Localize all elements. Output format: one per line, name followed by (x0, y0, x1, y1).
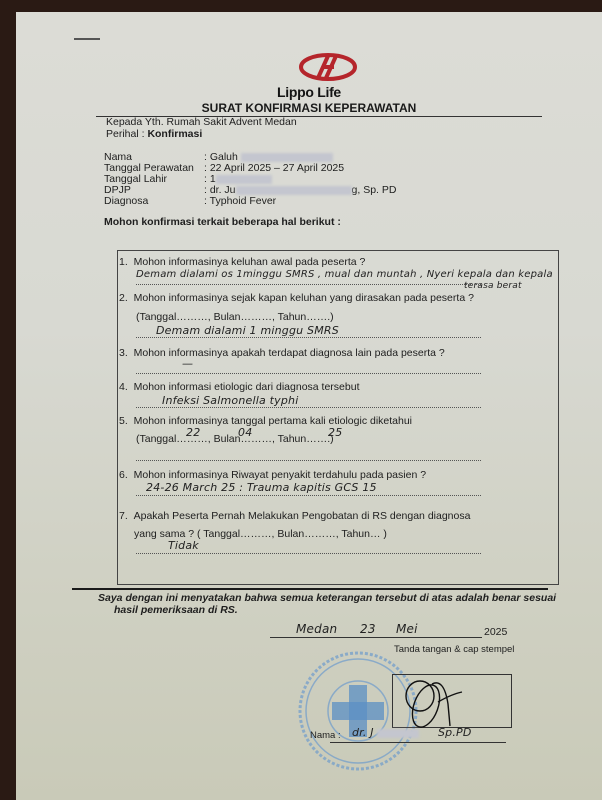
question-3: 3. Mohon informasinya apakah terdapat di… (119, 347, 445, 359)
question-1: 1. Mohon informasinya keluhan awal pada … (119, 256, 365, 268)
subject-label: Perihal : (106, 128, 147, 140)
name-suffix: Sp.PD (438, 726, 472, 739)
answer-line (136, 283, 481, 285)
intro-text: Mohon konfirmasi terkait beberapa hal be… (104, 216, 341, 228)
q-text: Mohon informasinya Riwayat penyakit terd… (134, 469, 426, 481)
subject: Perihal : Konfirmasi (106, 128, 202, 140)
question-4: 4. Mohon informasi etiologic dari diagno… (119, 381, 360, 393)
q-num: 7. (119, 510, 128, 522)
name-value: dr. J (352, 726, 419, 739)
answer-line (136, 372, 481, 374)
answer-line (136, 406, 481, 408)
q-num: 3. (119, 347, 128, 359)
name-label: Nama : (310, 730, 341, 741)
q-num: 6. (119, 469, 128, 481)
sign-place: Medan (296, 622, 337, 636)
signature-scribble-icon (396, 674, 476, 734)
redacted-block (236, 186, 352, 195)
answer-7: Tidak (168, 539, 199, 552)
question-2: 2. Mohon informasinya sejak kapan keluha… (119, 292, 474, 304)
declaration-line-2: hasil pemeriksaan di RS. (114, 604, 238, 616)
answer-line (136, 459, 481, 461)
redacted-block (377, 729, 419, 738)
question-5-date-line: (Tanggal………, Bulan………, Tahun…….) (136, 433, 334, 445)
q-text: Mohon informasinya tanggal pertama kali … (134, 415, 412, 427)
name-line (330, 742, 506, 743)
brand-name: Lippo Life (16, 84, 602, 100)
recipient: Kepada Yth. Rumah Sakit Advent Medan (106, 116, 297, 128)
document-title: SURAT KONFIRMASI KEPERAWATAN (16, 101, 602, 115)
field-value-diagnosa: : Typhoid Fever (204, 196, 276, 207)
answer-5-bulan: 04 (238, 426, 252, 439)
q-num: 4. (119, 381, 128, 393)
date-line (270, 637, 482, 638)
q-text: Mohon informasinya apakah terdapat diagn… (134, 347, 445, 359)
answer-line (136, 494, 481, 496)
q-text: Mohon informasinya keluhan awal pada pes… (134, 256, 366, 268)
subject-value: Konfirmasi (147, 128, 202, 140)
redacted-block (216, 175, 272, 184)
sign-month: Mei (396, 622, 418, 636)
lippo-logo-icon (298, 52, 358, 82)
q-num: 5. (119, 415, 128, 427)
field-value-tanggal-perawatan: : 22 April 2025 – 27 April 2025 (204, 163, 344, 174)
question-6: 6. Mohon informasinya Riwayat penyakit t… (119, 469, 426, 481)
q-text: Mohon informasinya sejak kapan keluhan y… (134, 292, 474, 304)
answer-6: 24-26 March 25 : Trauma kapitis GCS 15 (146, 481, 377, 494)
document-page: Lippo Life SURAT KONFIRMASI KEPERAWATAN … (16, 12, 602, 800)
question-2-date-line: (Tanggal………, Bulan………, Tahun…….) (136, 311, 334, 323)
question-7: 7. Apakah Peserta Pernah Melakukan Pengo… (119, 510, 470, 522)
answer-3: — (182, 357, 193, 370)
answer-line (136, 552, 481, 554)
answer-5-tahun: 25 (328, 426, 342, 439)
pen-mark (74, 38, 100, 40)
declaration-line-1: Saya dengan ini menyatakan bahwa semua k… (98, 592, 556, 604)
field-label-diagnosa: Diagnosa (104, 196, 148, 207)
q-num: 1. (119, 256, 128, 268)
declaration-rule (72, 588, 548, 590)
answer-1: Demam dialami os 1minggu SMRS , mual dan… (136, 269, 553, 280)
q-num: 2. (119, 292, 128, 304)
sign-day: 23 (360, 622, 376, 636)
question-5: 5. Mohon informasinya tanggal pertama ka… (119, 415, 412, 427)
answer-5-tanggal: 22 (186, 426, 200, 439)
answer-line (136, 336, 481, 338)
q-text: Apakah Peserta Pernah Melakukan Pengobat… (134, 510, 471, 522)
dpjp-suffix: g, Sp. PD (352, 184, 397, 196)
q-text: Mohon informasi etiologic dari diagnosa … (134, 381, 360, 393)
sign-year: 2025 (484, 626, 507, 638)
redacted-block (241, 153, 333, 162)
name-text: dr. J (352, 726, 374, 739)
